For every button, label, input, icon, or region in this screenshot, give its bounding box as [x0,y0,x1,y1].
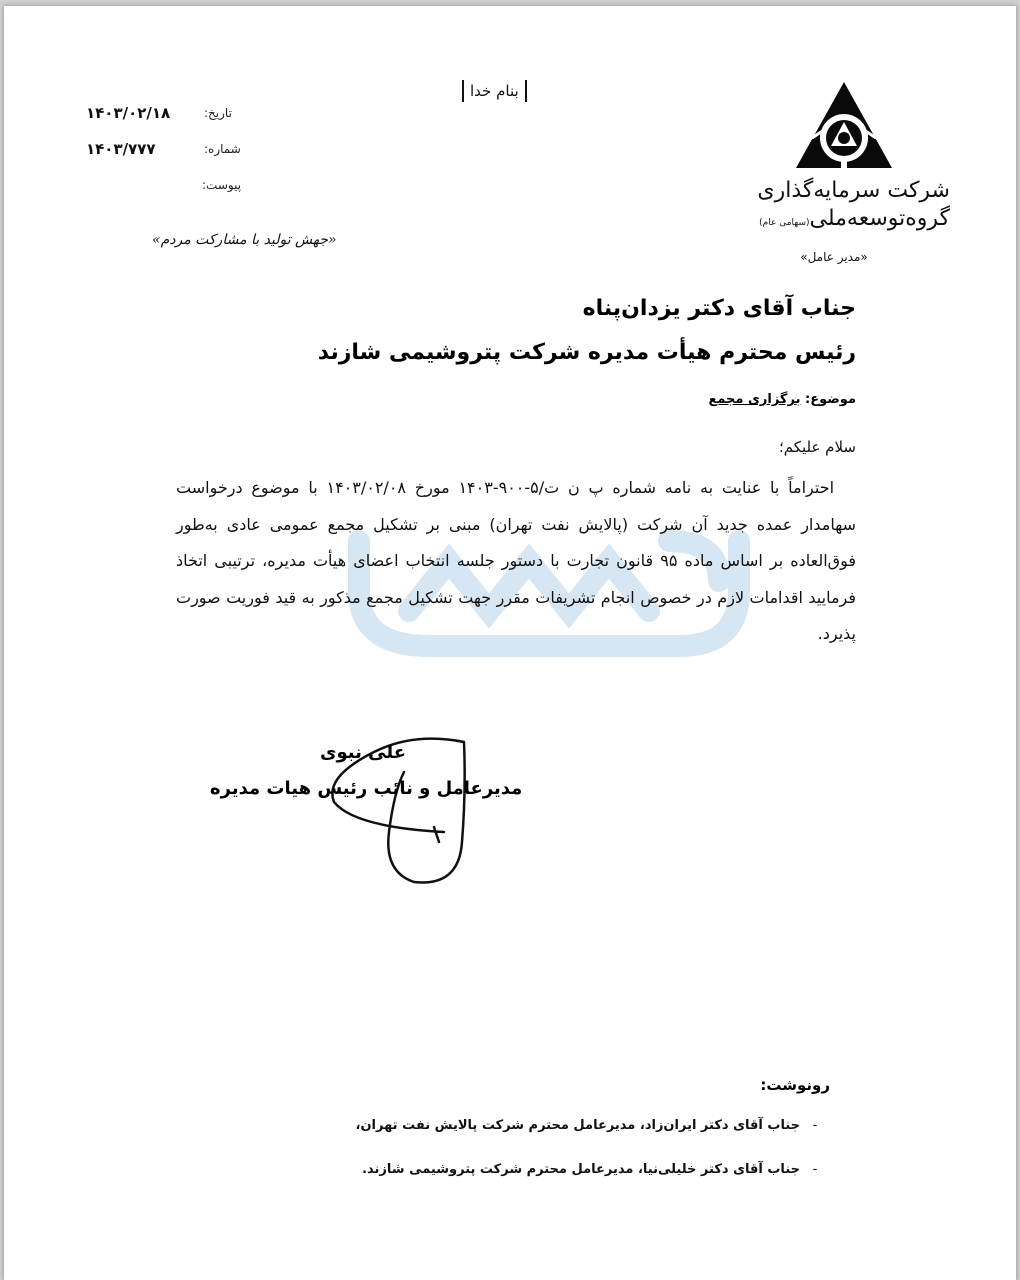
subject-label: موضوع: [805,392,856,407]
number-label: شماره: [204,142,241,156]
addressee-name: جناب آقای دکتر یزدان‌پناه [583,296,856,321]
org-name-line1: شرکت سرمایه‌گذاری [740,178,950,203]
cc-dash: - [800,1162,830,1177]
cc-item: -جناب آقای دکتر خلیلی‌نیا، مدیرعامل محتر… [362,1162,830,1177]
letter-body-text: احتراماً با عنایت به نامه شماره پ ن ت/۵-… [176,478,856,643]
bismillah-heading: بنام خدا [462,80,527,102]
cc-dash: - [800,1118,830,1133]
subject-line: موضوع: برگزاری مجمع [708,392,856,407]
triangle-circle-logo-icon [794,80,894,172]
letter-page: بنام خدا تاریخ: ۱۴۰۳/۰۲/۱۸ شماره: ۱۴۰۳/۷… [4,6,1016,1280]
cc-title: رونوشت: [760,1076,830,1094]
greeting: سلام علیکم؛ [779,438,856,456]
org-name-suffix: (سهامی عام) [759,218,809,228]
signatory-name: علی نبوی [320,742,406,763]
attachment-label: پیوست: [202,178,241,192]
subject-value: برگزاری مجمع [708,392,800,407]
addressee-title: رئیس محترم هیأت مدیره شرکت پتروشیمی شازن… [318,340,856,365]
org-name-line2-text: گروه‌توسعه‌ملی [810,206,951,231]
letter-body: احتراماً با عنایت به نامه شماره پ ن ت/۵-… [176,470,856,653]
number-value: ۱۴۰۳/۷۷۷ [86,140,156,158]
org-name-line2: گروه‌توسعه‌ملی(سهامی عام) [740,206,950,231]
org-office: «مدیر عامل» [784,250,884,264]
cc-item: -جناب آقای دکتر ایران‌زاد، مدیرعامل محتر… [356,1118,830,1133]
signatory-title: مدیرعامل و نائب رئیس هیات مدیره [210,778,522,799]
cc-item-text: جناب آقای دکتر ایران‌زاد، مدیرعامل محترم… [356,1118,800,1133]
cc-item-text: جناب آقای دکتر خلیلی‌نیا، مدیرعامل محترم… [362,1162,800,1177]
slogan: «جهش تولید با مشارکت مردم» [152,232,337,248]
date-value: ۱۴۰۳/۰۲/۱۸ [86,104,170,122]
date-label: تاریخ: [204,106,232,120]
